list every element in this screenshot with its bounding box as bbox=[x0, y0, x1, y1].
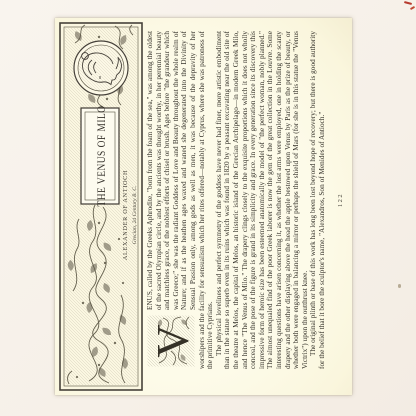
paragraph-2-text: The physical loveliness and perfect symm… bbox=[215, 31, 309, 369]
scan-background: THE VENUS OF MILO ALEXANDER OF ANTIOCH G… bbox=[0, 0, 416, 416]
drop-cap-ornament: V bbox=[147, 315, 195, 367]
page-number: 122 bbox=[337, 31, 344, 369]
paragraph-2: The physical loveliness and perfect symm… bbox=[215, 31, 310, 369]
page-title: THE VENUS OF MILO bbox=[96, 105, 108, 206]
ink-speck bbox=[218, 101, 220, 102]
header-banner: THE VENUS OF MILO ALEXANDER OF ANTIOCH G… bbox=[59, 22, 143, 391]
drop-cap-letter: V bbox=[147, 324, 195, 357]
paragraph-1: V ENUS, called by the Greeks Aphrodite, … bbox=[146, 31, 215, 369]
drop-cap-v-engraving: V bbox=[147, 315, 195, 367]
corner-red-mark bbox=[404, 1, 412, 5]
artist-era: Grecian, 2d Century B. C. bbox=[132, 186, 138, 245]
profile-medallion-icon bbox=[74, 41, 128, 95]
artist-name: ALEXANDER OF ANTIOCH bbox=[122, 170, 129, 260]
body-text-block: V ENUS, called by the Greeks Aphrodite, … bbox=[146, 31, 326, 369]
book-page: THE VENUS OF MILO ALEXANDER OF ANTIOCH G… bbox=[55, 18, 352, 395]
edge-speck bbox=[398, 284, 401, 288]
paragraph-3: The original plinth or base of this work… bbox=[309, 31, 326, 369]
title-plaque: THE VENUS OF MILO bbox=[81, 105, 119, 206]
corner-red-mark-2 bbox=[410, 6, 415, 10]
paragraph-3-text: The original plinth or base of this work… bbox=[309, 31, 326, 369]
ornamental-header-banner: THE VENUS OF MILO ALEXANDER OF ANTIOCH G… bbox=[59, 22, 143, 391]
